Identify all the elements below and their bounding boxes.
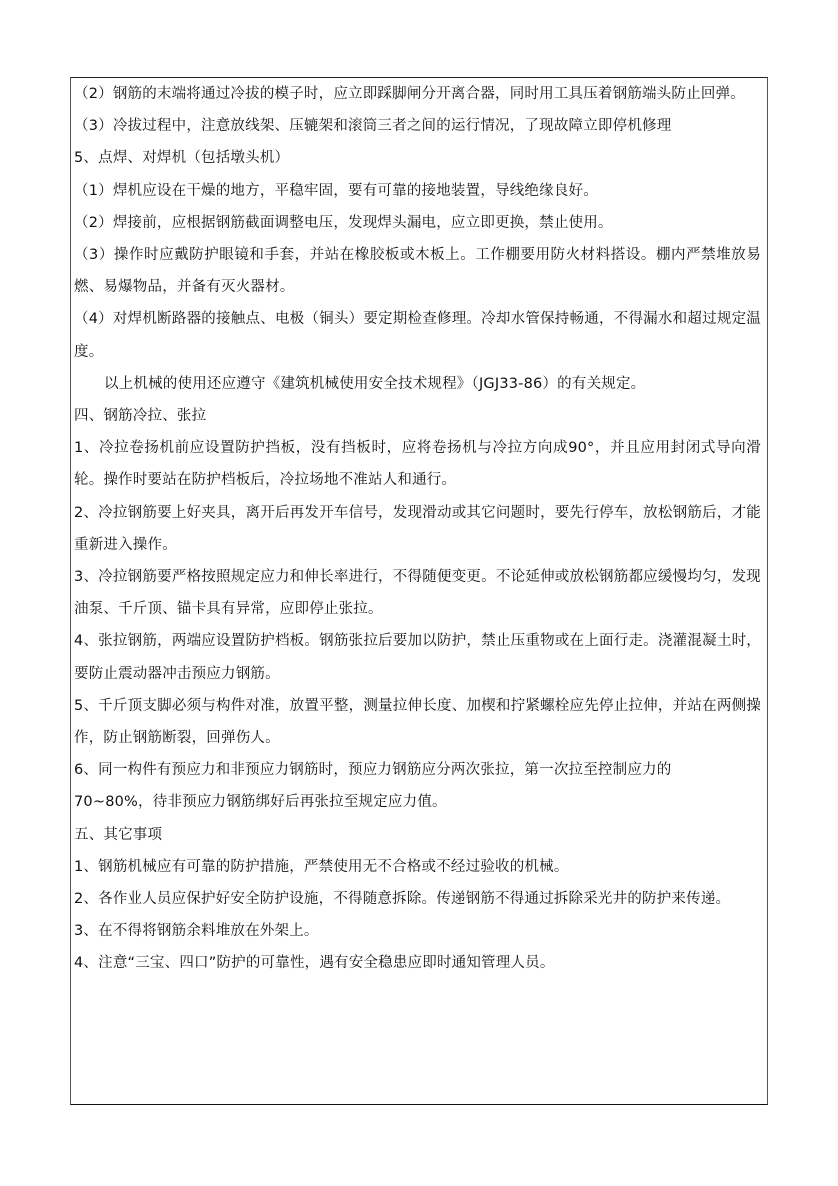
paragraph-regulation-note: 以上机械的使用还应遵守《建筑机械使用安全技术规程》（JGJ33-86）的有关规定…: [74, 368, 761, 400]
paragraph-tension-6-cont: 70~80%，待非预应力钢筋绑好后再张拉至规定应力值。: [74, 786, 761, 818]
paragraph-other-1: 1、钢筋机械应有可靠的防护措施，严禁使用无不合格或不经过验收的机械。: [74, 851, 761, 883]
paragraph-tension-6: 6、同一构件有预应力和非预应力钢筋时，预应力钢筋应分两次张拉，第一次拉至控制应力…: [74, 754, 761, 786]
paragraph-tension-1: 1、冷拉卷扬机前应设置防护挡板，没有挡板时，应将卷扬机与冷拉方向成90°，并且应…: [74, 432, 761, 496]
heading-section-4: 四、钢筋冷拉、张拉: [74, 400, 761, 432]
paragraph-tension-2: 2、冷拉钢筋要上好夹具，离开后再发开车信号，发现滑动或其它问题时，要先行停车，放…: [74, 497, 761, 561]
paragraph-cold-drawing-3: （3）冷拔过程中，注意放线架、压辘架和滚筒三者之间的运行情况，了现故障立即停机修…: [74, 110, 761, 142]
paragraph-tension-5: 5、千斤顶支脚必须与构件对准，放置平整，测量拉伸长度、加楔和拧紧螺栓应先停止拉伸…: [74, 690, 761, 754]
document-table-cell: （2）钢筋的末端将通过冷拔的模子时，应立即踩脚闸分开离合器，同时用工具压着钢筋端…: [70, 77, 768, 1105]
paragraph-welding-4: （4）对焊机断路器的接触点、电极（铜头）要定期检查修理。冷却水管保持畅通，不得漏…: [74, 303, 761, 367]
paragraph-cold-drawing-2: （2）钢筋的末端将通过冷拔的模子时，应立即踩脚闸分开离合器，同时用工具压着钢筋端…: [74, 78, 761, 110]
paragraph-other-4: 4、注意“三宝、四口”防护的可靠性，遇有安全稳患应即时通知管理人员。: [74, 947, 761, 979]
paragraph-welding-1: （1）焊机应设在干燥的地方，平稳牢固，要有可靠的接地装置，导线绝缘良好。: [74, 175, 761, 207]
paragraph-other-3: 3、在不得将钢筋余料堆放在外架上。: [74, 915, 761, 947]
paragraph-tension-3: 3、冷拉钢筋要严格按照规定应力和伸长率进行，不得随便变更。不论延伸或放松钢筋都应…: [74, 561, 761, 625]
heading-section-5: 五、其它事项: [74, 819, 761, 851]
document-body: （2）钢筋的末端将通过冷拔的模子时，应立即踩脚闸分开离合器，同时用工具压着钢筋端…: [74, 78, 761, 980]
heading-spot-welding: 5、点焊、对焊机（包括墩头机）: [74, 142, 761, 174]
paragraph-welding-2: （2）焊接前，应根据钢筋截面调整电压，发现焊头漏电，应立即更换，禁止使用。: [74, 207, 761, 239]
paragraph-tension-4: 4、张拉钢筋，两端应设置防护档板。钢筋张拉后要加以防护，禁止压重物或在上面行走。…: [74, 625, 761, 689]
paragraph-welding-3: （3）操作时应戴防护眼镜和手套，并站在橡胶板或木板上。工作棚要用防火材料搭设。棚…: [74, 239, 761, 303]
paragraph-other-2: 2、各作业人员应保护好安全防护设施，不得随意拆除。传递钢筋不得通过拆除采光井的防…: [74, 883, 761, 915]
